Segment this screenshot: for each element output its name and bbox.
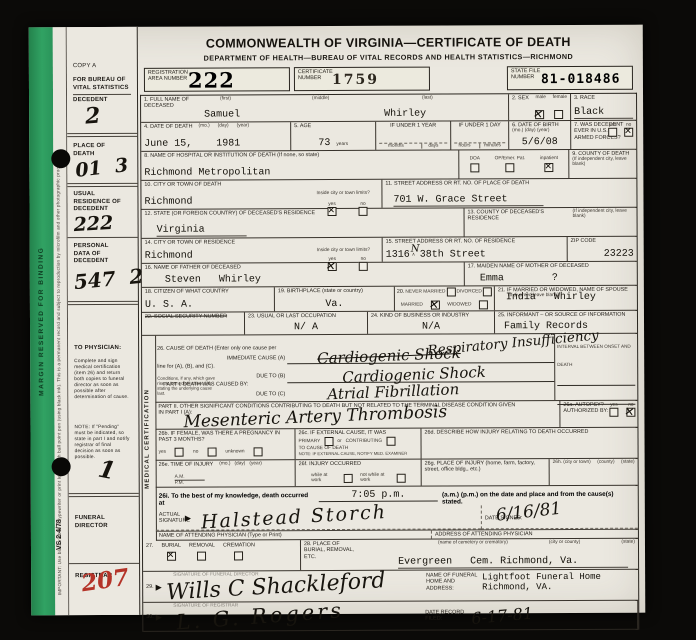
zip-value: 23223 bbox=[571, 249, 634, 260]
at-work-label: while at work bbox=[311, 473, 335, 483]
burial-label: BURIAL bbox=[161, 543, 181, 550]
city-death-limits-label: Inside city or town limits? bbox=[316, 191, 369, 196]
important-note-vertical: IMPORTANT: Use black ribbon in typewrite… bbox=[55, 35, 62, 595]
arrow-right-icon: ▶ bbox=[156, 582, 162, 591]
armed-yes-checkbox bbox=[608, 128, 617, 137]
street-death-label: 11. STREET ADDRESS OR RT. NO. OF PLACE O… bbox=[385, 180, 633, 188]
removal-checkbox bbox=[197, 552, 206, 561]
due-to-c-label: DUE TO (C) bbox=[256, 391, 285, 398]
burial-checkbox: ✕ bbox=[167, 552, 176, 561]
actual-signature-label: ACTUAL SIGNATURE bbox=[159, 511, 185, 524]
mother-value: Emma ? bbox=[480, 273, 634, 285]
at-work-checkbox bbox=[343, 473, 352, 482]
hole-punch-bottom bbox=[52, 457, 71, 476]
personal-code-handwritten: 547 2 bbox=[73, 264, 144, 294]
never-married-label: NEVER MARRIED bbox=[405, 290, 445, 295]
middle-hint: (middle) bbox=[312, 96, 422, 109]
physician-note: Complete and sign medical certification … bbox=[74, 359, 130, 401]
armed-no-checkbox: ✕ bbox=[624, 128, 633, 137]
race-label: 3. RACE bbox=[574, 95, 633, 102]
or-label: or bbox=[337, 439, 341, 444]
first-name-value: Samuel bbox=[204, 109, 384, 121]
caret-mark: ∧ bbox=[412, 253, 416, 258]
certificate-title: COMMONWEALTH OF VIRGINIA—CERTIFICATE OF … bbox=[138, 35, 639, 51]
citizen-label: 18. CITIZEN OF WHAT COUNTRY bbox=[145, 288, 271, 295]
birthplace-value: Va. bbox=[278, 299, 391, 310]
injury-state-hint: (state) bbox=[621, 460, 635, 484]
divorced-label: DIVORCED bbox=[456, 289, 481, 294]
state-file-box: STATE FILE NUMBER 81-018486 bbox=[507, 66, 633, 91]
certify-prefix: 26i. To the best of my knowledge, death … bbox=[159, 492, 315, 507]
residence-code-handwritten: 222 bbox=[73, 212, 114, 236]
cemetery-hint: (name of cemetery or crematory) bbox=[438, 540, 508, 545]
sex-male-checkbox: ✕ bbox=[535, 110, 544, 119]
registrar-code-handwritten: 207 bbox=[79, 564, 130, 598]
county-death-hint: (If independent city, leave blank) bbox=[572, 157, 633, 167]
funeral-director-section-label: FUNERAL DIRECTOR bbox=[75, 515, 120, 530]
city-county-hint: (city or county) bbox=[549, 540, 580, 545]
autopsy-yes-checkbox bbox=[609, 408, 618, 417]
injury-city-hint: 26h. (city or town) bbox=[553, 460, 591, 484]
birthplace-label: 19. BIRTHPLACE (state or country) bbox=[278, 288, 391, 295]
zip-label: ZIP CODE bbox=[571, 238, 634, 245]
doa-checkbox bbox=[470, 163, 479, 172]
death-date-value: June 15, 1981 bbox=[144, 138, 287, 150]
pregnancy-label: 26b. IF FEMALE, WAS THERE A PREGNANCY IN… bbox=[158, 430, 291, 444]
registrar-sig-number: 30. bbox=[146, 614, 154, 621]
x-mark-icon: ✕ bbox=[544, 162, 552, 172]
under-day-minutes: minutes bbox=[479, 143, 501, 148]
last-hint: (last) bbox=[422, 96, 433, 109]
under-day-label: IF UNDER 1 DAY bbox=[454, 122, 505, 129]
physician-address-label: ADDRESS OF ATTENDING PHYSICIAN bbox=[431, 529, 638, 538]
first-hint: (first) bbox=[220, 96, 312, 109]
preg-yes-label: yes bbox=[159, 450, 166, 455]
business-value: N/A bbox=[371, 321, 491, 333]
state-res-label: 12. STATE (OR FOREIGN COUNTRY) OF DECEAS… bbox=[145, 209, 461, 217]
burial-number: 27. bbox=[146, 543, 154, 550]
contributing-label: CONTRIBUTING bbox=[346, 439, 383, 444]
sex-female-label: female bbox=[553, 95, 567, 102]
county-res-label: 13. COUNTY OF DECEASED'S RESIDENCE bbox=[468, 209, 565, 235]
hospital-label: 8. NAME OF HOSPITAL OR INSTITUTION OF DE… bbox=[144, 151, 455, 159]
under-year-days: days bbox=[421, 144, 438, 149]
interval-label: INTERVAL BETWEEN ONSET AND DEATH bbox=[557, 344, 631, 367]
sex-label: 2. SEX bbox=[512, 95, 529, 102]
date-filed-handwritten: 6-17-81 bbox=[471, 603, 534, 628]
street-res-value-a: 1316 bbox=[386, 250, 410, 261]
funeral-home-label: NAME OF FUNERAL HOME AND ADDRESS: bbox=[426, 572, 478, 598]
marital-number: 20. bbox=[397, 289, 405, 296]
primary-label: PRIMARY bbox=[299, 440, 321, 445]
funeral-home-name: Lightfoot Funeral Home bbox=[482, 572, 601, 583]
margin-label-column: COPY A FOR BUREAU OF VITAL STATISTICS DE… bbox=[67, 27, 141, 615]
not-at-work-checkbox bbox=[396, 473, 405, 482]
widowed-label: WIDOWED bbox=[447, 302, 471, 307]
form-grid: 1. FULL NAME OF DECEASED (first) (middle… bbox=[140, 93, 639, 632]
certificate-number: 1759 bbox=[332, 72, 379, 89]
ssn-label: 22. SOCIAL SECURITY NUMBER bbox=[145, 313, 241, 320]
physician-signature-handwritten: Halstead Storch bbox=[201, 501, 388, 534]
external-cause-label: 26c. IF EXTERNAL CAUSE, IT WAS bbox=[298, 430, 417, 437]
inpatient-checkbox: ✕ bbox=[544, 163, 553, 172]
autopsy-no-checkbox: ✕ bbox=[626, 408, 635, 417]
inpatient-label: inpatient bbox=[540, 156, 558, 161]
birth-date-value: 5/6/08 bbox=[512, 137, 567, 148]
residence-section-label: USUAL RESIDENCE OF DECEDENT bbox=[73, 191, 123, 214]
injury-county-hint: (county) bbox=[597, 460, 614, 484]
state-hint: (state) bbox=[621, 540, 635, 545]
certificate-main-form: COMMONWEALTH OF VIRGINIA—CERTIFICATE OF … bbox=[138, 25, 646, 615]
preg-unknown-checkbox bbox=[254, 447, 263, 456]
death-date-hints: (mo.) (day) (year) bbox=[198, 123, 249, 130]
funeral-home-city: Richmond, VA. bbox=[482, 582, 601, 593]
conditions-note: Conditions, if any, which gave rise to i… bbox=[157, 376, 219, 396]
date-filed-label: DATE RECORD FILED: bbox=[425, 609, 465, 622]
place-injury-label: 26g. PLACE OF INJURY (home, farm, factor… bbox=[425, 460, 546, 473]
x-mark-icon: ✕ bbox=[428, 297, 440, 312]
informant-label: 25. INFORMANT – OR SOURCE OF INFORMATION bbox=[498, 312, 634, 319]
under-day-hours: hours bbox=[459, 143, 471, 148]
bureau-label: FOR BUREAU OF VITAL STATISTICS bbox=[73, 77, 131, 95]
street-res-value-b: 38th Street bbox=[420, 249, 486, 260]
x-mark-icon: ✕ bbox=[167, 551, 175, 561]
funeral-sig-number: 29. bbox=[146, 584, 154, 591]
x-mark-icon: ✕ bbox=[624, 126, 632, 136]
medical-certification-section: MEDICAL CERTIFICATION 26. CAUSE OF DEATH… bbox=[142, 334, 638, 541]
doa-label: DOA bbox=[470, 156, 480, 161]
birth-date-hints: (mo.) (day) (year) bbox=[512, 128, 567, 133]
immediate-cause-label: IMMEDIATE CAUSE (A) bbox=[227, 355, 285, 362]
form-code: VS 2 4/78 bbox=[56, 519, 63, 550]
binding-strip-label: MARGIN RESERVED FOR BINDING bbox=[38, 247, 46, 396]
spouse-value: India Whirley bbox=[506, 292, 634, 304]
physician-name-label: NAME OF ATTENDING PHYSICIAN (Type or Pri… bbox=[156, 530, 431, 540]
registration-area-number: 222 bbox=[188, 67, 235, 89]
under-year-label: IF UNDER 1 YEAR bbox=[379, 123, 447, 130]
registration-row: REGISTRATION AREA NUMBER 222 CERTIFICATE… bbox=[144, 66, 633, 92]
last-name-value: Whirley bbox=[384, 109, 426, 120]
to-physician-label: TO PHYSICIAN: bbox=[74, 345, 121, 353]
sex-male-label: male bbox=[536, 95, 546, 102]
copy-label: COPY A bbox=[73, 63, 96, 71]
medical-certification-vertical-label: MEDICAL CERTIFICATION bbox=[144, 388, 150, 488]
county-res-hint: (If independent city, leave blank) bbox=[573, 209, 634, 235]
cemetery-value: Evergreen Cem. Richmond, Va. bbox=[398, 556, 628, 569]
city-res-limits-label: Inside city or town limits? bbox=[317, 248, 370, 253]
death-time-value: 7:05 p.m. bbox=[319, 490, 438, 503]
arrow-right-icon: ▶ bbox=[185, 513, 191, 522]
age-label: 5. AGE bbox=[294, 123, 372, 130]
married-checkbox: ✕ bbox=[431, 301, 440, 310]
time-injury-hints: (mo.) (day) (year) bbox=[219, 461, 262, 468]
occupation-value: N/ A bbox=[248, 322, 364, 334]
hole-punch-top bbox=[51, 149, 70, 168]
widowed-checkbox bbox=[479, 300, 488, 309]
external-note: NOTE: IF EXTERNAL CAUSE, NOTIFY MED. EXA… bbox=[299, 451, 418, 457]
mother-label: 17. MAIDEN NAME OF MOTHER OF DECEASED bbox=[468, 263, 634, 270]
street-death-value: 701 W. Grace Street bbox=[393, 194, 543, 207]
business-label: 24. KIND OF BUSINESS OR INDUSTRY bbox=[371, 312, 491, 319]
full-name-label: 1. FULL NAME OF DECEASED bbox=[144, 97, 220, 110]
binding-strip: MARGIN RESERVED FOR BINDING bbox=[29, 27, 56, 615]
x-mark-icon: ✕ bbox=[624, 404, 636, 419]
father-label: 16. NAME OF FATHER OF DECEASED bbox=[145, 263, 461, 271]
certificate-number-box: CERTIFICATE NUMBER 1759 bbox=[294, 67, 430, 92]
preg-unknown-label: unknown bbox=[225, 449, 244, 454]
never-married-checkbox bbox=[446, 287, 455, 296]
preg-no-checkbox bbox=[207, 448, 216, 457]
arrow-right-icon: ▶ bbox=[156, 612, 162, 621]
race-value: Black bbox=[574, 107, 633, 119]
cremation-checkbox bbox=[234, 552, 243, 561]
time-injury-label: 26e. TIME OF INJURY bbox=[159, 462, 214, 469]
cause-c-handwritten: Atrial Fibrillation bbox=[327, 380, 460, 403]
citizen-value: U. S. A. bbox=[145, 299, 271, 311]
under-year-months: months bbox=[388, 144, 404, 149]
state-res-value: Virginia bbox=[157, 224, 247, 236]
registration-area-label: REGISTRATION AREA NUMBER bbox=[148, 70, 188, 90]
hospital-value: Richmond Metropolitan bbox=[144, 166, 455, 178]
not-at-work-label: not while at work bbox=[360, 473, 388, 483]
decedent-code-handwritten: 2 bbox=[84, 103, 101, 130]
op-emer-label: OP/Emer. Pat. bbox=[495, 156, 526, 161]
certificate-subtitle: DEPARTMENT OF HEALTH—BUREAU OF VITAL REC… bbox=[138, 52, 639, 63]
preg-no-label: no bbox=[193, 450, 198, 455]
occupation-label: 23. USUAL OR LAST OCCUPATION bbox=[248, 313, 364, 320]
father-value: Steven Whirley bbox=[165, 273, 461, 285]
age-value: 73 bbox=[318, 138, 330, 149]
death-date-label: 4. DATE OF DEATH bbox=[144, 124, 192, 131]
divorced-checkbox bbox=[483, 287, 492, 296]
preg-yes-checkbox bbox=[175, 448, 184, 457]
describe-injury-label: 26d. DESCRIBE HOW INJURY RELATING TO DEA… bbox=[424, 429, 634, 436]
personal-data-section-label: PERSONAL DATA OF DECEDENT bbox=[74, 243, 124, 266]
death-certificate-scan: MARGIN RESERVED FOR BINDING IMPORTANT: U… bbox=[29, 25, 646, 616]
removal-label: REMOVAL bbox=[189, 543, 215, 550]
state-file-label: STATE FILE NUMBER bbox=[511, 68, 541, 88]
pm-label: P.M. bbox=[175, 480, 205, 486]
injury-occurred-label: 26f. INJURY OCCURRED bbox=[299, 461, 418, 468]
due-to-b-label: DUE TO (B) bbox=[256, 373, 285, 380]
registration-area-box: REGISTRATION AREA NUMBER 222 bbox=[144, 67, 290, 92]
married-label: MARRIED bbox=[401, 303, 423, 308]
place-code-handwritten: 01 3 bbox=[74, 154, 129, 182]
op-emer-checkbox bbox=[505, 163, 514, 172]
place-burial-label: 28. PLACE OF BURIAL, REMOVAL, ETC. bbox=[304, 541, 362, 569]
contributing-checkbox bbox=[386, 437, 395, 446]
sex-female-checkbox bbox=[554, 110, 563, 119]
primary-checkbox bbox=[324, 438, 333, 447]
certificate-number-label: CERTIFICATE NUMBER bbox=[298, 69, 332, 89]
state-file-number: 81-018486 bbox=[541, 72, 621, 88]
age-unit: years bbox=[336, 142, 348, 147]
x-mark-icon: ✕ bbox=[532, 107, 544, 122]
cremation-label: CREMATION bbox=[223, 542, 255, 549]
